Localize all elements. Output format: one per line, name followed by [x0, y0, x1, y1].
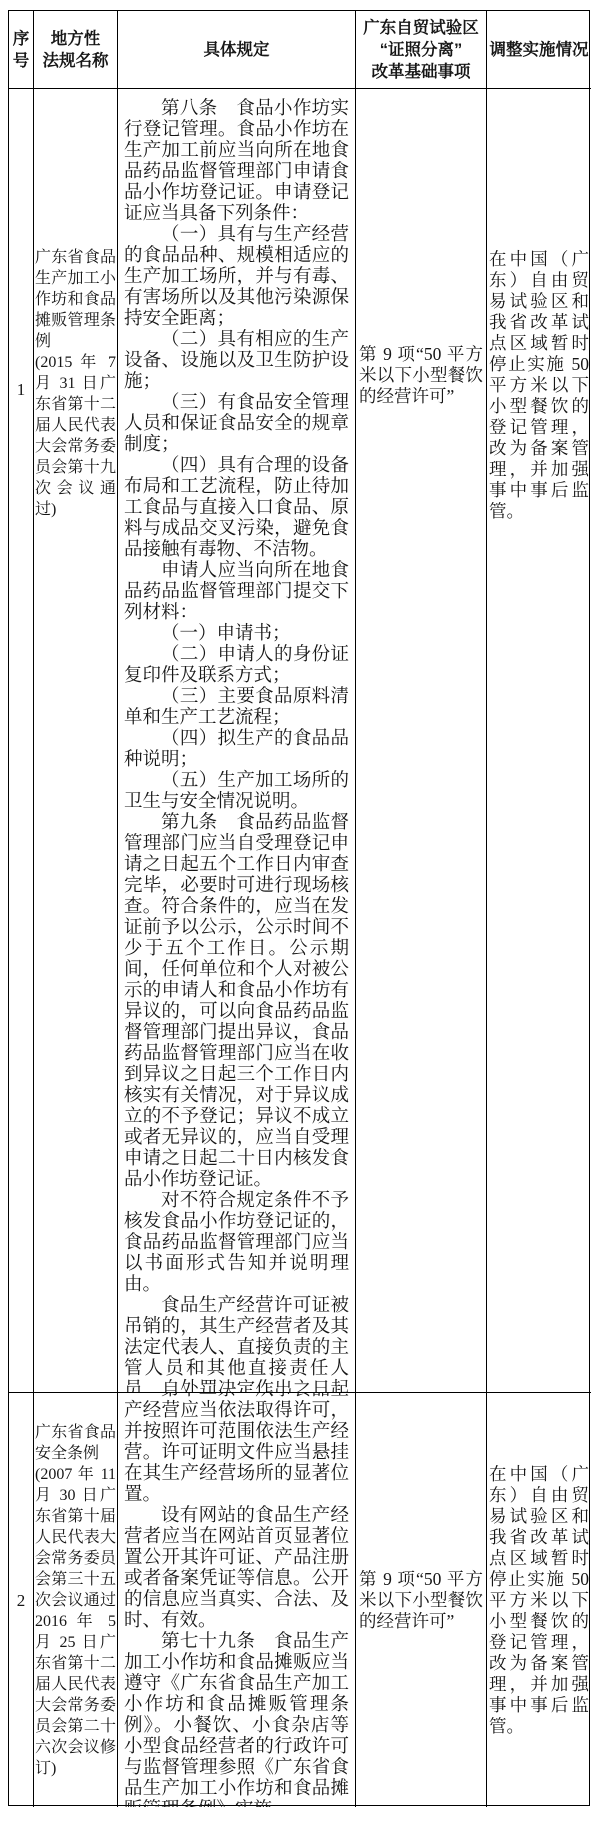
row1-regulation-name: 广东省食品生产加工小作坊和食品摊贩管理条例(2015 年 7 月 31 日广东省…: [34, 89, 118, 1393]
regulations-table: 序 号 地方性 法规名称 具体规定 广东自贸试验区 “证照分离” 改革基础事项 …: [8, 10, 590, 1806]
header-reform-basic-item: 广东自贸试验区 “证照分离” 改革基础事项: [356, 11, 487, 89]
row1-serial-number: 1: [9, 89, 34, 1393]
header-serial-number: 序 号: [9, 11, 34, 89]
row2-regulation-name: 广东省食品安全条例(2007 年 11 月 30 日广东省第十届人民代表大会常务…: [34, 1393, 118, 1807]
header-specific-provisions: 具体规定: [118, 11, 356, 89]
header-adjustment-status: 调整实施情况: [487, 11, 591, 89]
row2-serial-number: 2: [9, 1393, 34, 1807]
header-regulation-name: 地方性 法规名称: [34, 11, 118, 89]
row2-adjustment-status: 在中国（广东）自由贸易试验区和我省改革试点区域暂时停止实施 50 平方米以下小型…: [487, 1393, 591, 1807]
document-page: 序 号 地方性 法规名称 具体规定 广东自贸试验区 “证照分离” 改革基础事项 …: [0, 0, 595, 1824]
row2-specific-provisions: 第十二条 从事食品生产经营应当依法取得许可，并按照许可范围依法生产经营。许可证明…: [118, 1393, 356, 1807]
row1-specific-provisions: 第八条 食品小作坊实行登记管理。食品小作坊在生产加工前应当向所在地食品药品监督管…: [118, 89, 356, 1393]
row1-adjustment-status: 在中国（广东）自由贸易试验区和我省改革试点区域暂时停止实施 50 平方米以下小型…: [487, 89, 591, 1393]
row1-reform-basic-item: 第 9 项“50 平方米以下小型餐饮的经营许可”: [356, 89, 487, 1393]
row2-reform-basic-item: 第 9 项“50 平方米以下小型餐饮的经营许可”: [356, 1393, 487, 1807]
